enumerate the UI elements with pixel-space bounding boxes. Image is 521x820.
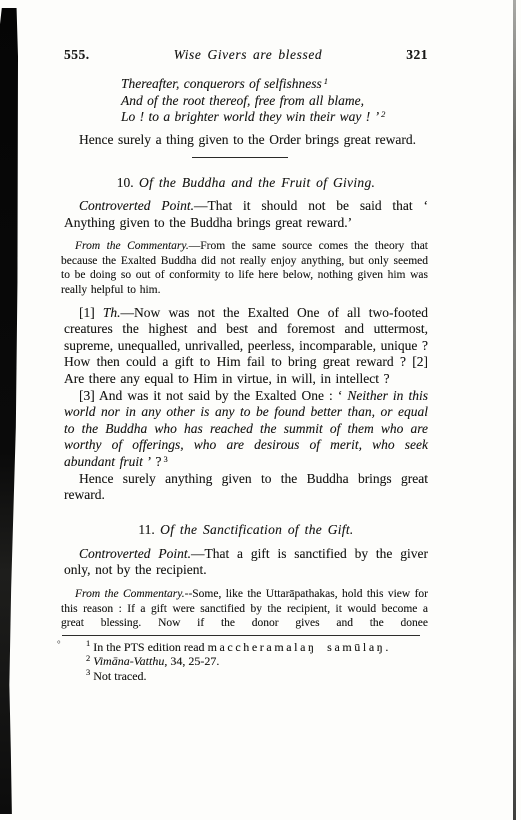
verse-quotation: Thereafter, conquerors of selfishness1 A…: [121, 76, 428, 126]
footnote-ref-1: 1: [322, 76, 328, 86]
footnote-1: 1 In the PTS edition read maccheramalaŋ …: [84, 640, 428, 654]
footnote-3-marker: 3: [84, 667, 90, 677]
section-10-heading: 10. Of the Buddha and the Fruit of Givin…: [64, 174, 428, 191]
verse-line: And of the root thereof, free from all b…: [121, 93, 428, 110]
controverted-point-11: Controverted Point.—That a gift is sanct…: [64, 546, 428, 579]
footnote-1-marker: 1: [84, 638, 90, 648]
book-page: ° 555. Wise Givers are blessed 321 There…: [0, 0, 521, 820]
spine-shadow-bar: [0, 8, 18, 814]
footnote-separator-rule: [62, 635, 420, 636]
paragraph-buddha-conclusion: Hence surely anything given to the Buddh…: [64, 471, 428, 504]
page-number: 321: [406, 46, 428, 63]
footnote-2: 2 Vimāna-Vatthu, 34, 25-27.: [84, 654, 428, 668]
section-divider-rule: [192, 157, 288, 158]
controverted-point-10: Controverted Point.—That it should not b…: [64, 198, 428, 231]
verse-line: Lo ! to a brighter world they win their …: [121, 109, 428, 126]
commentary-11: From the Commentary.--Some, like the Utt…: [61, 587, 428, 631]
page-content: 555. Wise Givers are blessed 321 Thereaf…: [64, 46, 428, 683]
running-title: Wise Givers are blessed: [174, 46, 323, 63]
section-11-number: 11.: [138, 522, 154, 537]
footnotes-block: 1 In the PTS edition read maccheramalaŋ …: [64, 640, 428, 683]
stray-ink-mark: °: [57, 639, 61, 649]
paragraph-1-2: [1] Th.—Now was not the Exalted One of a…: [64, 305, 428, 388]
pali-term: maccheramalaŋ samūlaŋ: [208, 640, 386, 654]
section-10-number: 10.: [117, 175, 134, 190]
footnote-2-marker: 2: [84, 653, 90, 663]
footnote-3: 3 Not traced.: [84, 669, 428, 683]
paragraph-order-conclusion: Hence surely a thing given to the Order …: [64, 132, 428, 149]
page-edge-line: [513, 0, 516, 820]
paragraph-3: [3] And was it not said by the Exalted O…: [64, 388, 428, 471]
verse-line: Thereafter, conquerors of selfishness1: [121, 76, 428, 93]
section-10-title: Of the Buddha and the Fruit of Giving.: [139, 175, 375, 190]
section-marginal-number: 555.: [64, 46, 90, 63]
cited-work-title: Vimāna-Vatthu: [93, 654, 164, 668]
footnote-ref-2: 2: [379, 109, 385, 119]
section-11-title: Of the Sanctification of the Gift.: [160, 522, 353, 537]
commentary-10: From the Commentary.—From the same sourc…: [61, 239, 428, 297]
running-header: 555. Wise Givers are blessed 321: [64, 46, 428, 63]
section-11-heading: 11. Of the Sanctification of the Gift.: [64, 521, 428, 538]
footnote-ref-3: 3: [161, 454, 167, 464]
